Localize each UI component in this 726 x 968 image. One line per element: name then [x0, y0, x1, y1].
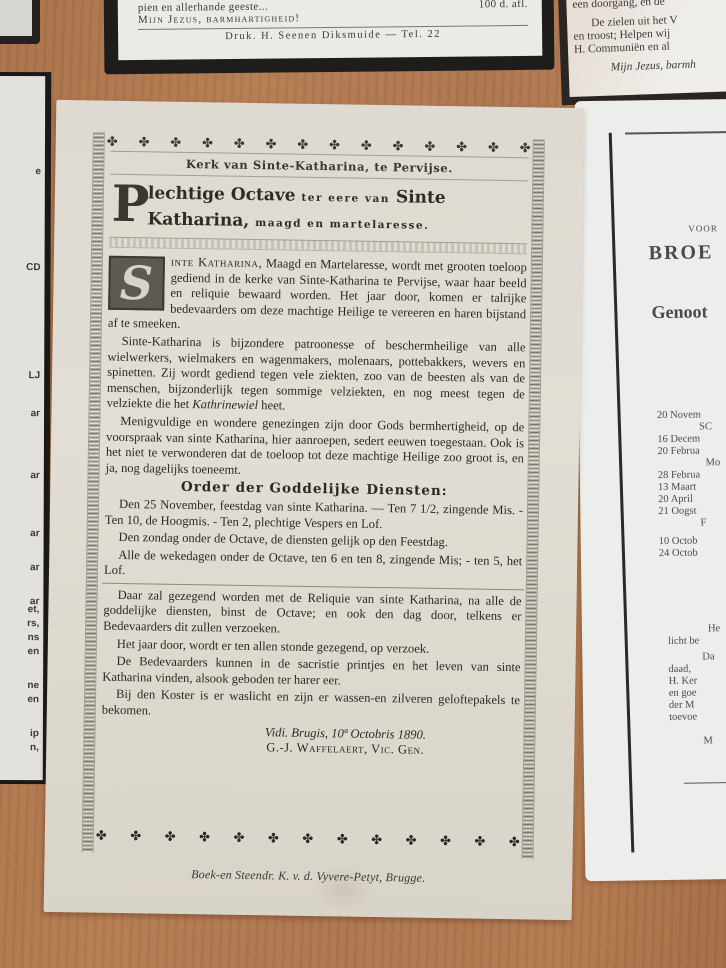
fleuron-icon: ✤	[170, 135, 181, 151]
card-body-fragment: He licht be Da daad, H. Ker en goe der M…	[668, 623, 722, 748]
fleuron-icon: ✤	[268, 830, 279, 846]
title-line-2: Katharina, maagd en martelaresse.	[147, 207, 527, 239]
paragraph-text: heet.	[258, 398, 285, 412]
date-entry: 20 Februa	[657, 445, 720, 458]
title-text: Katharina,	[147, 209, 249, 231]
text-fragment: en	[27, 694, 39, 705]
card-body: Sinte Katharina, Maagd en Martelaresse, …	[101, 254, 527, 759]
paragraph-patronage: Sinte-Katharina is bijzondere patrooness…	[107, 334, 526, 419]
printer-credit: Boek-en Steendr. K. v. d. Vyvere-Petyt, …	[44, 865, 572, 888]
text-fragment: en	[28, 646, 40, 657]
decorated-initial-p: P	[111, 179, 149, 230]
text-fragment: ip	[30, 728, 39, 739]
text-fragment: ar	[30, 528, 39, 539]
smallcaps-lead: inte Katharina,	[171, 255, 263, 270]
fleuron-icon: ✤	[329, 137, 340, 153]
invocation: Mijn Jezus, barmh	[574, 57, 726, 76]
text-fragment: et,	[28, 604, 40, 615]
blessing-koster: Bij den Koster is er waslicht en zijn er…	[102, 687, 520, 725]
card-content: Kerk van Sinte-Katharina, te Pervijse. P…	[101, 151, 528, 759]
text-fragment: rs,	[27, 618, 39, 629]
fleuron-icon: ✤	[520, 140, 531, 156]
text-line: Da	[668, 651, 720, 664]
text-fragment: e	[35, 166, 41, 177]
date-entry: 13 Maart	[658, 481, 721, 494]
fleuron-icon: ✤	[456, 139, 467, 155]
fleuron-icon: ✤	[165, 829, 176, 845]
title-text: Sinte	[396, 187, 446, 208]
date-entry: SC	[657, 421, 720, 434]
date-entry: 20 April	[658, 493, 721, 506]
card-subtitle: Genoot	[651, 301, 707, 323]
date-entry: 10 Octob	[659, 535, 722, 548]
fleuron-icon: ✤	[233, 830, 244, 846]
date-entry: Mo	[658, 457, 721, 470]
text-line: der M	[669, 699, 721, 712]
text-fragment: ne	[27, 680, 39, 691]
fleuron-icon: ✤	[130, 828, 141, 844]
fleuron-icon: ✤	[265, 136, 276, 152]
date-entry: 16 Decem	[657, 433, 720, 446]
fleuron-icon: ✤	[509, 834, 520, 850]
card-title: BROE	[649, 241, 714, 265]
date-entry: 24 Octob	[659, 547, 722, 560]
date-entry: 28 Februa	[658, 469, 721, 482]
fleuron-icon: ✤	[405, 832, 416, 848]
service-weekdays: Alle de wekedagen onder de Octave, ten 6…	[104, 547, 522, 585]
text-fragment: CD	[26, 262, 40, 273]
black-border-line	[609, 133, 635, 853]
fleuron-icon: ✤	[202, 135, 213, 151]
fleuron-icon: ✤	[138, 134, 149, 150]
fleuron-icon: ✤	[199, 829, 210, 845]
paragraph-intro: Sinte Katharina, Maagd en Martelaresse, …	[108, 254, 527, 339]
main-devotional-card: ✤ ✤ ✤ ✤ ✤ ✤ ✤ ✤ ✤ ✤ ✤ ✤ ✤ ✤ Kerk van Sin…	[44, 100, 585, 920]
blessing-relic: Daar zal gezegend worden met de Reliquie…	[103, 588, 522, 641]
decorated-initial-s: S	[108, 256, 165, 311]
fleuron-icon: ✤	[302, 831, 313, 847]
date-entry: 20 Novem	[657, 409, 720, 422]
text-line: H. Ker	[669, 675, 721, 688]
card-label: VOOR	[688, 223, 718, 233]
text-line: He	[668, 623, 720, 636]
text-line: licht be	[668, 635, 720, 648]
text-line: toevoe	[669, 711, 721, 724]
fleuron-icon: ✤	[392, 138, 403, 154]
text-fragment: ar	[30, 470, 39, 481]
fleuron-icon: ✤	[107, 134, 118, 150]
corner-card-fragment	[0, 0, 40, 44]
bottom-rule	[684, 782, 726, 784]
text-fragment: ar	[31, 408, 40, 419]
ornament-border-bottom: ✤ ✤ ✤ ✤ ✤ ✤ ✤ ✤ ✤ ✤ ✤ ✤ ✤	[96, 829, 520, 850]
card-line: een doorgang, en de	[572, 0, 726, 12]
indulgence-label: 100 d. afl.	[479, 0, 528, 10]
title-small-text: ter eere van	[301, 192, 390, 205]
title-block: P lechtige Octave ter eere van Sinte Kat…	[109, 175, 528, 245]
text-fragment: ar	[30, 562, 39, 573]
text-line: daad,	[668, 663, 720, 676]
fleuron-icon: ✤	[440, 833, 451, 849]
right-memorial-card: VOOR BROE Genoot T 20 Novem SC 16 Decem …	[575, 99, 726, 881]
text-line: en goe	[669, 687, 721, 700]
fleuron-icon: ✤	[361, 138, 372, 154]
fleuron-icon: ✤	[297, 137, 308, 153]
service-feastday: Den 25 November, feestdag van sinte Kath…	[105, 497, 523, 535]
title-small-text: maagd en martelaresse.	[255, 217, 429, 232]
fleuron-icon: ✤	[337, 831, 348, 847]
date-list: 20 Novem SC 16 Decem 20 Februa Mo 28 Feb…	[657, 409, 722, 560]
blessing-sacristy: De Bedevaarders kunnen in de sacristie p…	[102, 654, 520, 692]
printer-credit: Druk. H. Seenen Diksmuide — Tel. 22	[138, 28, 528, 43]
date-entry: 21 Oogst	[658, 505, 721, 518]
fleuron-icon: ✤	[474, 834, 485, 850]
text-fragment: n,	[30, 742, 39, 753]
paragraph-miracles: Menigvuldige en wondere genezingen zijn …	[106, 414, 525, 483]
fleuron-icon: ✤	[371, 832, 382, 848]
ornamental-frame: ✤ ✤ ✤ ✤ ✤ ✤ ✤ ✤ ✤ ✤ ✤ ✤ ✤ ✤ Kerk van Sin…	[82, 132, 545, 859]
fleuron-icon: ✤	[234, 136, 245, 152]
imprimatur-block: Vidi. Brugis, 10ª Octobris 1890. G.-J. W…	[101, 722, 519, 759]
fleuron-icon: ✤	[424, 139, 435, 155]
text-line: M	[669, 735, 721, 748]
left-prayer-card: e CD LJ ar ar ar ar ar et, rs, ns en ne …	[0, 72, 51, 784]
top-right-prayer-card: een doorgang, en de De zielen uit het V …	[558, 0, 726, 105]
text-fragment: ns	[28, 632, 40, 643]
fleuron-icon: ✤	[488, 140, 499, 156]
fleuron-icon: ✤	[96, 828, 107, 844]
title-text: lechtige Octave	[148, 183, 296, 205]
top-rule	[625, 131, 726, 135]
invocation: Mijn Jezus, barmhartigheid!	[138, 12, 300, 26]
paragraph-text: Sinte-Katharina is bijzondere patrooness…	[107, 334, 526, 411]
date-entry: F	[658, 517, 721, 530]
text-fragment: LJ	[28, 370, 40, 381]
top-prayer-card: pien en allerhande geeste... 100 d. afl.…	[104, 0, 555, 74]
italic-term: Kathrinewiel	[192, 397, 258, 412]
